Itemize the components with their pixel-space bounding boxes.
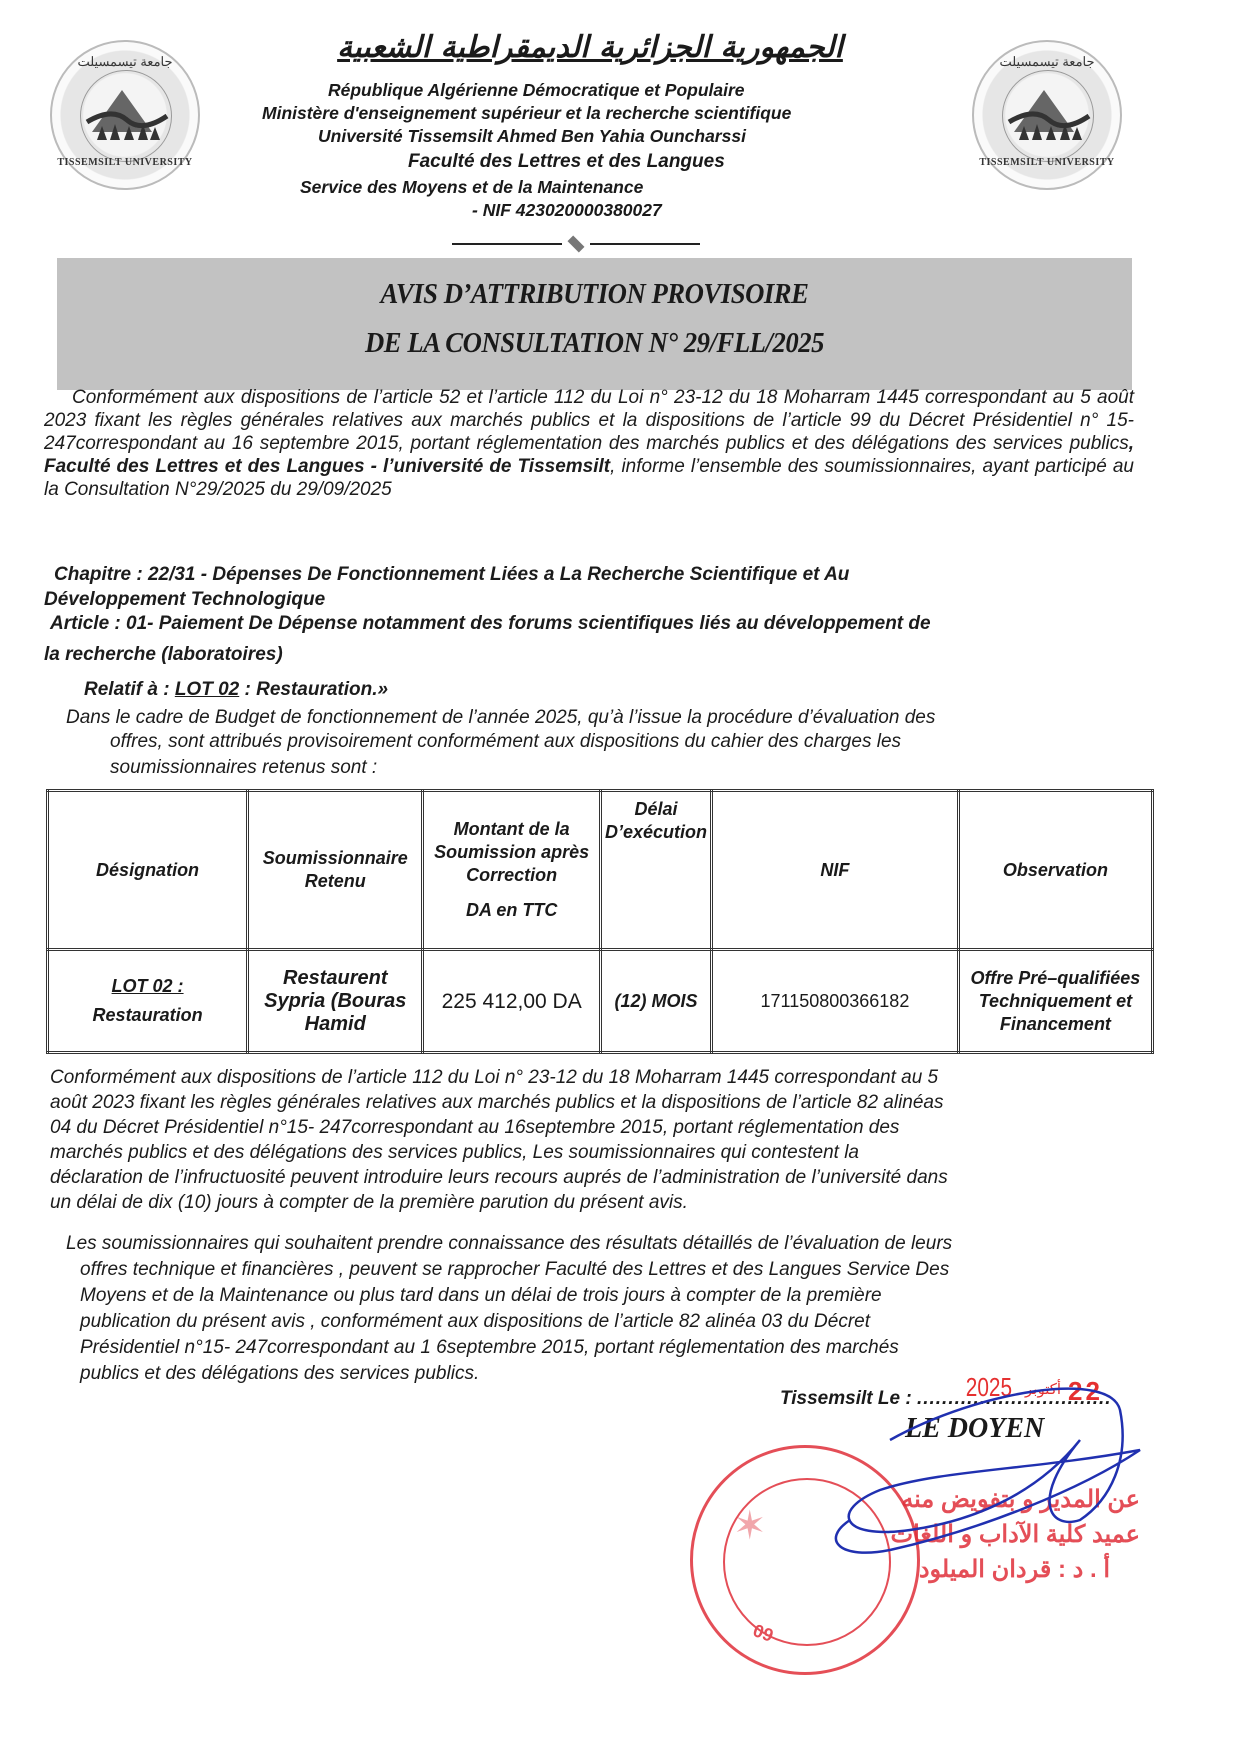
recours-line: marchés publics et des délégations des s…: [50, 1141, 948, 1164]
relatif-label: Relatif à :: [84, 679, 175, 700]
recours-paragraph: Conformément aux dispositions de l’artic…: [50, 1066, 948, 1214]
budget-line-1: Dans le cadre de Budget de fonctionnemen…: [66, 706, 935, 729]
mountain-icon: [82, 82, 172, 142]
logo-latin-text: TISSEMSILT UNIVERSITY: [974, 157, 1120, 168]
divider-line-right: [590, 243, 700, 245]
table-header-row: Désignation Soumissionnaire Retenu Monta…: [48, 791, 1153, 950]
header-montant-label: Montant de la Soumission après Correctio…: [427, 818, 596, 887]
recours-line: Conformément aux dispositions de l’artic…: [50, 1066, 948, 1089]
intro-paragraph: Conformément aux dispositions de l’artic…: [44, 386, 1134, 501]
budget-line-3: soumissionnaires retenus sont :: [110, 756, 377, 779]
mountain-icon: [1004, 82, 1094, 142]
recours-line: déclaration de l’infructuosité peuvent i…: [50, 1166, 948, 1189]
intro-text-a: Conformément aux dispositions de l’artic…: [44, 387, 1134, 454]
header-observation: Observation: [958, 791, 1152, 950]
handwritten-signature: [780, 1380, 1160, 1630]
recours-line: un délai de dix (10) jours à compter de …: [50, 1191, 948, 1214]
cell-nif: 171150800366182: [712, 950, 959, 1053]
header-delai: Délai D’exécution: [600, 791, 711, 950]
header-designation: Désignation: [48, 791, 248, 950]
article-line-1: Article : 01- Paiement De Dépense notamm…: [50, 612, 931, 635]
relatif-line: Relatif à : LOT 02 : Restauration.»: [84, 678, 388, 701]
consultation-line: publication du présent avis , conforméme…: [80, 1310, 870, 1333]
recours-line: 04 du Décret Présidentiel n°15- 247corre…: [50, 1116, 948, 1139]
divider-line-left: [452, 243, 562, 245]
cell-designation: LOT 02 : Restauration: [48, 950, 248, 1053]
table-row: LOT 02 : Restauration Restaurent Sypria …: [48, 950, 1153, 1053]
header-line-ministry: Ministère d'enseignement supérieur et la…: [262, 103, 791, 124]
logo-arabic-text: جامعة تيسمسيلت: [52, 54, 198, 70]
title-line-1: AVIS D’ATTRIBUTION PROVISOIRE: [100, 278, 1089, 311]
university-logo-left: جامعة تيسمسيلت TISSEMSILT UNIVERSITY: [50, 40, 200, 190]
header-montant: Montant de la Soumission après Correctio…: [423, 791, 601, 950]
consultation-line: offres technique et financières , peuven…: [80, 1258, 949, 1281]
chapitre-line-1: Chapitre : 22/31 - Dépenses De Fonctionn…: [54, 563, 849, 586]
header-line-republic: République Algérienne Démocratique et Po…: [328, 80, 745, 101]
university-logo-right: جامعة تيسمسيلت TISSEMSILT UNIVERSITY: [972, 40, 1122, 190]
header-soumissionnaire: Soumissionnaire Retenu: [248, 791, 423, 950]
consultation-line: Moyens et de la Maintenance ou plus tard…: [80, 1284, 882, 1307]
cell-montant: 225 412,00 DA: [423, 950, 601, 1053]
header-line-service: Service des Moyens et de la Maintenance: [300, 177, 643, 198]
header-montant-unit: DA en TTC: [427, 899, 596, 922]
title-line-2: DE LA CONSULTATION N° 29/FLL/2025: [100, 327, 1089, 360]
logo-latin-text: TISSEMSILT UNIVERSITY: [52, 157, 198, 168]
results-table: Désignation Soumissionnaire Retenu Monta…: [46, 789, 1154, 1054]
consultation-line: Les soumissionnaires qui souhaitent pren…: [66, 1232, 952, 1255]
cell-lot: LOT 02 :: [52, 975, 243, 998]
header-line-faculty: Faculté des Lettres et des Langues: [408, 151, 725, 172]
diamond-ornament-icon: [568, 236, 585, 253]
cell-designation-text: Restauration: [52, 1004, 243, 1027]
header-nif: NIF: [712, 791, 959, 950]
recours-line: août 2023 fixant les règles générales re…: [50, 1091, 948, 1114]
relatif-rest: : Restauration.»: [239, 679, 388, 700]
header-line-nif: - NIF 423020000380027: [472, 200, 662, 221]
relatif-lot: LOT 02: [175, 679, 239, 700]
header-line-university: Université Tissemsilt Ahmed Ben Yahia Ou…: [318, 126, 746, 147]
consultation-line: publics et des délégations des services …: [80, 1362, 479, 1385]
chapitre-line-2: Développement Technologique: [44, 588, 325, 611]
cell-soumissionnaire: Restaurent Sypria (Bouras Hamid: [248, 950, 423, 1053]
title-band: AVIS D’ATTRIBUTION PROVISOIRE DE LA CONS…: [57, 258, 1132, 390]
article-line-2: la recherche (laboratoires): [44, 643, 283, 666]
arabic-republic-title: الجمهورية الجزائرية الديمقراطية الشعبية: [330, 30, 850, 65]
budget-line-2: offres, sont attribués provisoirement co…: [110, 730, 901, 753]
cell-delai: (12) MOIS: [600, 950, 711, 1053]
cell-observation: Offre Pré–qualifiées Techniquement et Fi…: [958, 950, 1152, 1053]
star-icon: ✶: [733, 1503, 767, 1549]
logo-arabic-text: جامعة تيسمسيلت: [974, 54, 1120, 70]
consultation-line: Présidentiel n°15- 247correspondant au 1…: [80, 1336, 899, 1359]
